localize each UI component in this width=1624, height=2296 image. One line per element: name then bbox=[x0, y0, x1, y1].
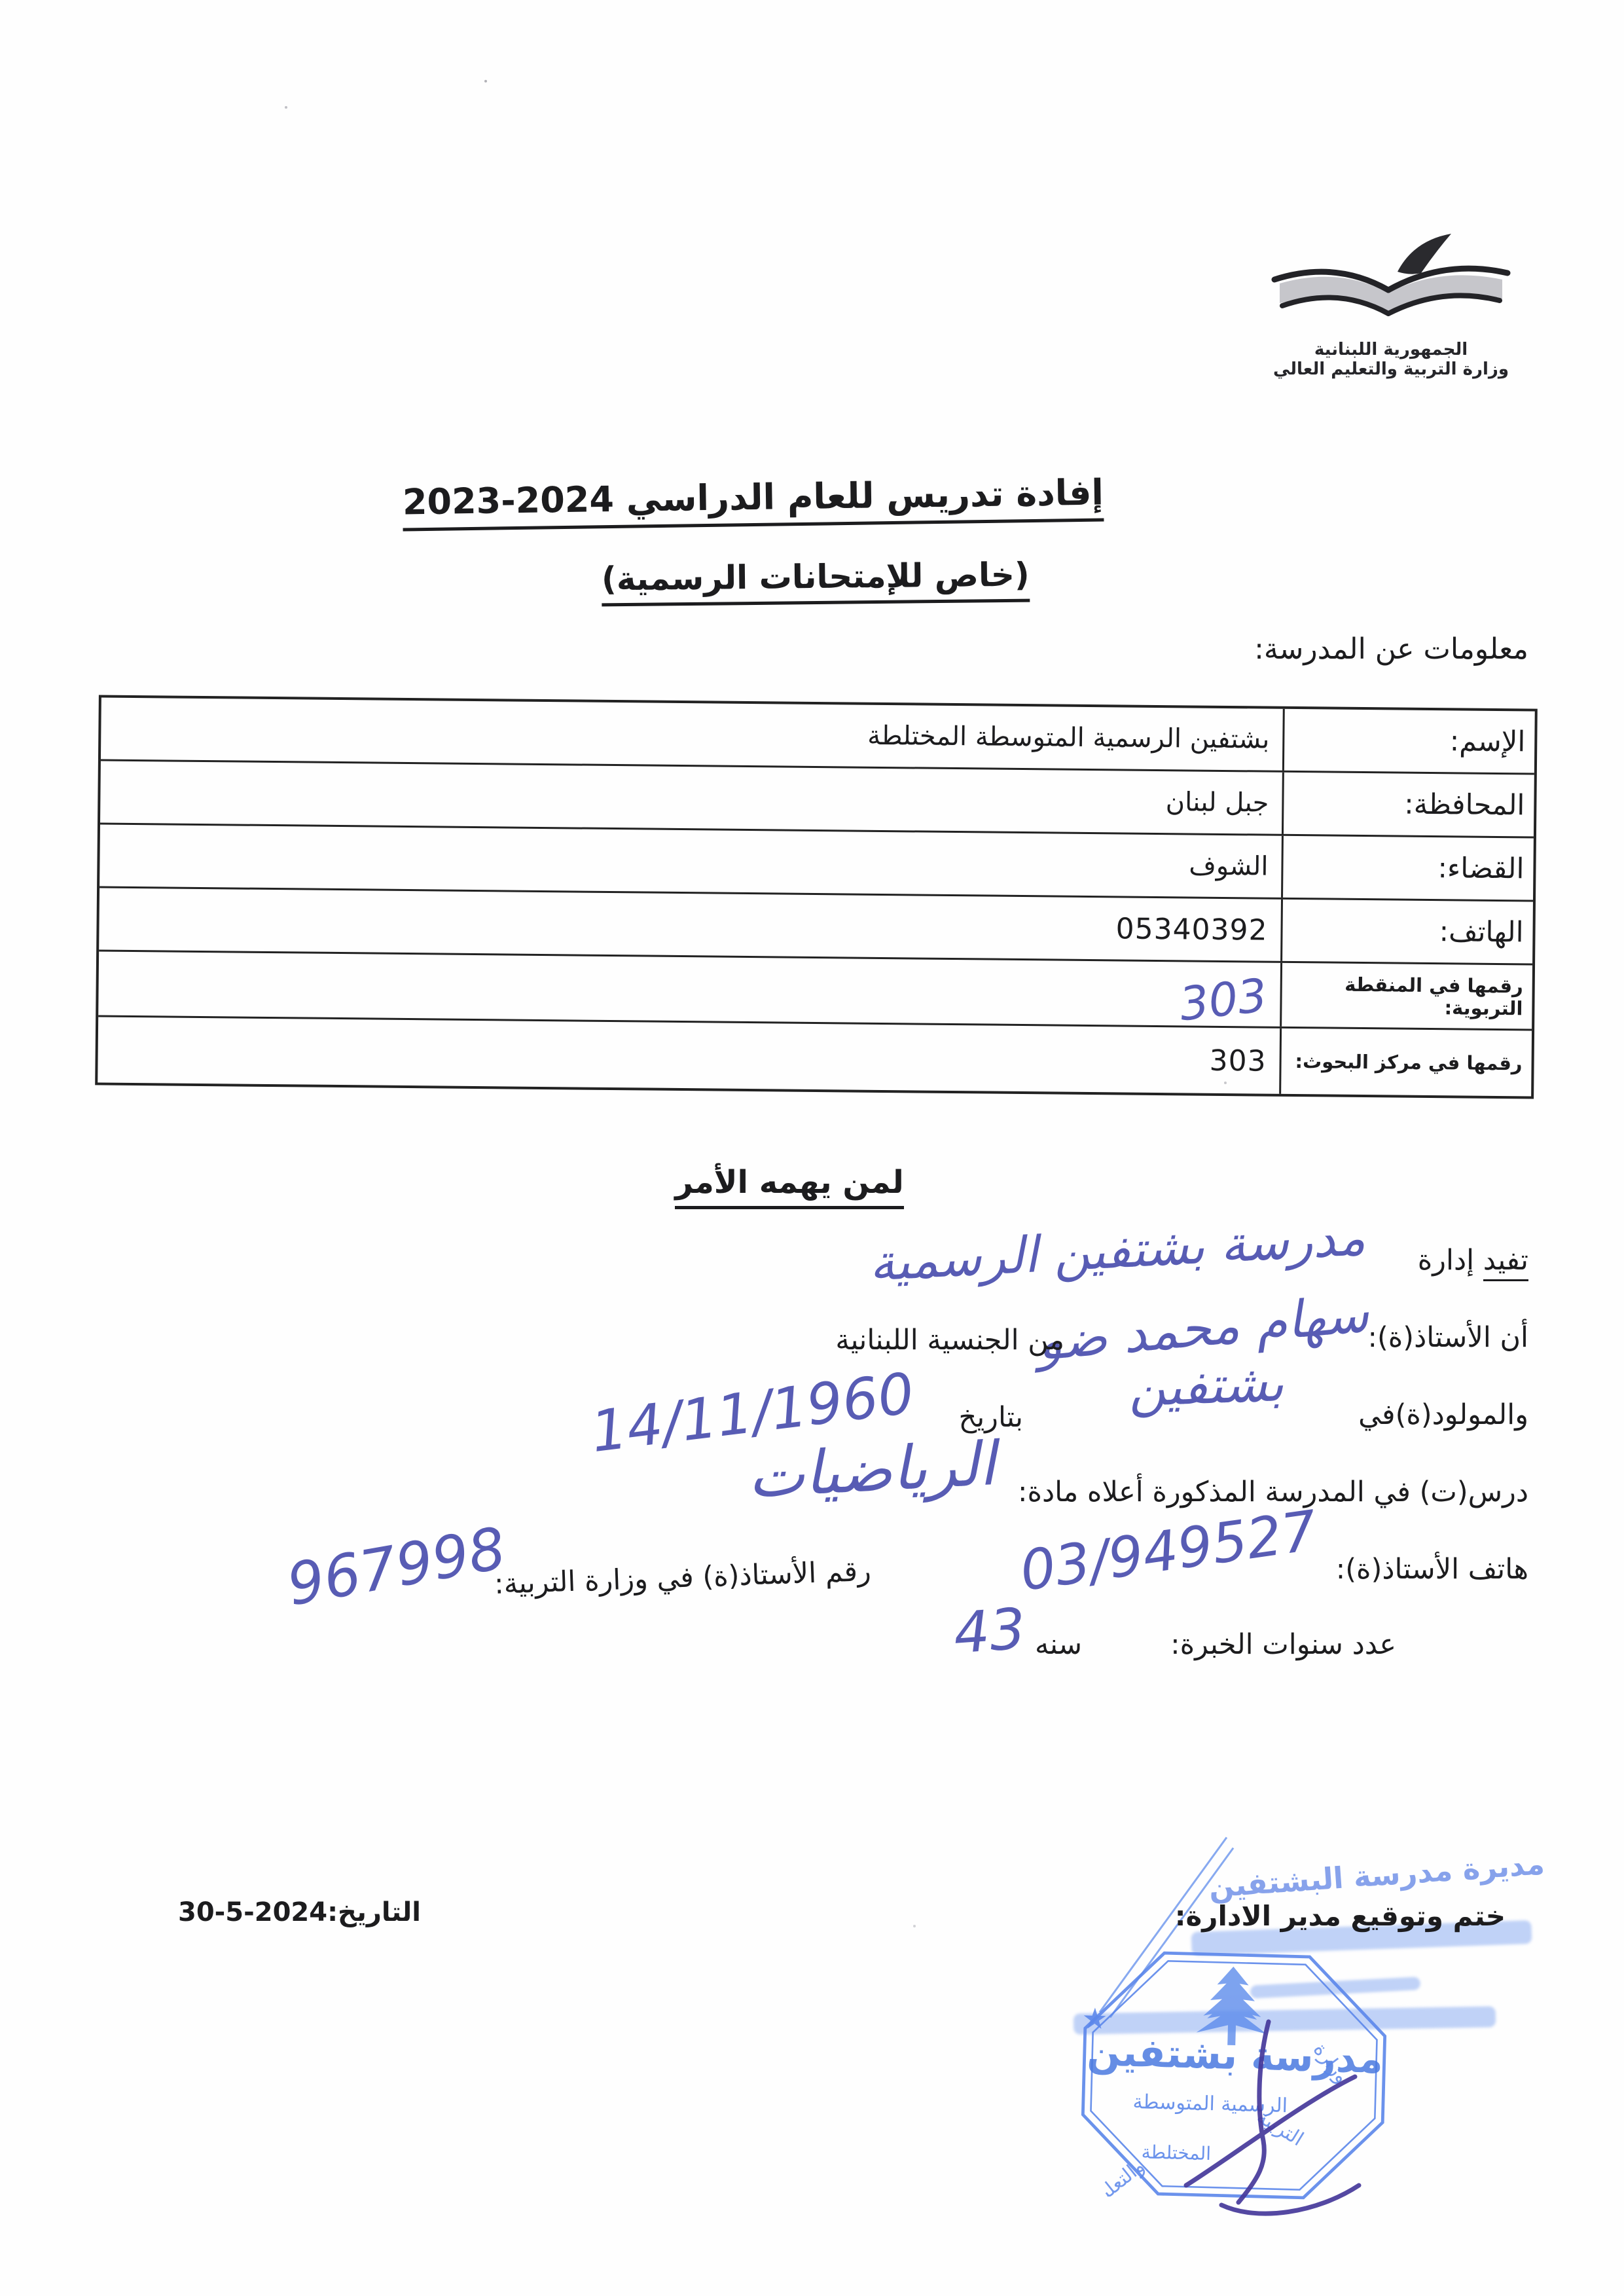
experience-label: عدد سنوات الخبرة: bbox=[1170, 1628, 1396, 1661]
document-date: التاريخ:2024-5-30 bbox=[178, 1897, 421, 1927]
handwritten-number: 303 bbox=[1177, 968, 1270, 1030]
row-label: الهاتف: bbox=[1280, 900, 1533, 964]
certify-label: تفيد إدارة bbox=[1418, 1244, 1528, 1281]
nationality-text: من الجنسية اللبنانية bbox=[835, 1324, 1064, 1357]
handwritten-subject: الرياضيات bbox=[746, 1429, 998, 1512]
handwritten-birthplace: بشتفين bbox=[1127, 1354, 1284, 1418]
republic-name: الجمهورية اللبنانية bbox=[1267, 340, 1515, 359]
stamp-signature-label: ختم وتوقيع مدير الادارة: bbox=[1175, 1900, 1506, 1932]
teacher-phone-label: هاتف الأستاذ(ة): bbox=[1336, 1553, 1528, 1586]
scan-speck bbox=[484, 80, 487, 82]
scanned-teaching-certificate: الجمهورية اللبنانية وزارة التربية والتعل… bbox=[0, 0, 1624, 2296]
row-label: رقمها في مركز البحوث: bbox=[1279, 1029, 1532, 1097]
born-label: والمولود(ة)في bbox=[1358, 1398, 1528, 1431]
table-row-research-center-number: رقمها في مركز البحوث: 303 bbox=[98, 1017, 1532, 1096]
document-subtitle: (خاص للإمتحانات الرسمية) bbox=[602, 556, 1030, 607]
row-value: جبل لبنان bbox=[100, 776, 1282, 818]
row-value: بشتفين الرسمية المتوسطة المختلطة bbox=[101, 714, 1282, 755]
handwritten-teacher-phone: 03/949527 bbox=[1017, 1498, 1321, 1603]
ministry-number-label: رقم الأستاذ(ة) في وزارة التربية: bbox=[494, 1555, 871, 1601]
concern-heading-block: لمن يهمه الأمر bbox=[528, 1164, 1051, 1209]
handwritten-experience-years: 43 bbox=[951, 1596, 1027, 1666]
subtitle-block: (خاص للإمتحانات الرسمية) bbox=[528, 558, 1104, 604]
school-info-heading: معلومات عن المدرسة: bbox=[1254, 632, 1528, 666]
ministry-logo: الجمهورية اللبنانية وزارة التربية والتعل… bbox=[1267, 232, 1515, 379]
document-title: إفادة تدريس للعام الدراسي 2024-2023 bbox=[402, 472, 1104, 532]
row-label: المحافظة: bbox=[1282, 773, 1534, 837]
certify-rest: إدارة bbox=[1418, 1244, 1474, 1277]
concern-heading: لمن يهمه الأمر bbox=[675, 1164, 904, 1209]
row-label: القضاء: bbox=[1281, 836, 1534, 900]
handwritten-ministry-number: 967998 bbox=[282, 1514, 511, 1619]
certify-word: تفيد bbox=[1483, 1244, 1528, 1281]
director-stamp-area: مديرة مدرسة البشتفين ★ مدرسة بشتفين الرس… bbox=[1034, 1820, 1578, 2278]
row-value: الشوف bbox=[99, 840, 1281, 881]
row-value: 303 bbox=[98, 957, 1280, 1021]
row-label: رقمها في المنقطة التربوية: bbox=[1280, 963, 1532, 1029]
open-book-logo-icon bbox=[1267, 232, 1515, 337]
school-info-table: الإسم: بشتفين الرسمية المتوسطة المختلطة … bbox=[95, 695, 1538, 1099]
ministry-name: وزارة التربية والتعليم العالي bbox=[1267, 359, 1515, 379]
row-value: 303 bbox=[98, 1033, 1279, 1078]
experience-unit: سنه bbox=[1035, 1628, 1082, 1661]
row-value: 05340392 bbox=[99, 902, 1280, 947]
row-label: الإسم: bbox=[1282, 709, 1535, 773]
stamp-director-line: مديرة مدرسة البشتفين bbox=[1208, 1846, 1546, 1904]
teacher-label: أن الأستاذ(ة): bbox=[1368, 1321, 1529, 1354]
title-block: إفادة تدريس للعام الدراسي 2024-2023 bbox=[528, 477, 1104, 526]
stamp-ministry-seg3: والتعليم العالي bbox=[1077, 2155, 1149, 2204]
director-signature bbox=[1159, 2016, 1375, 2232]
handwritten-school-name: مدرسة بشتفين الرسمية bbox=[868, 1208, 1367, 1292]
